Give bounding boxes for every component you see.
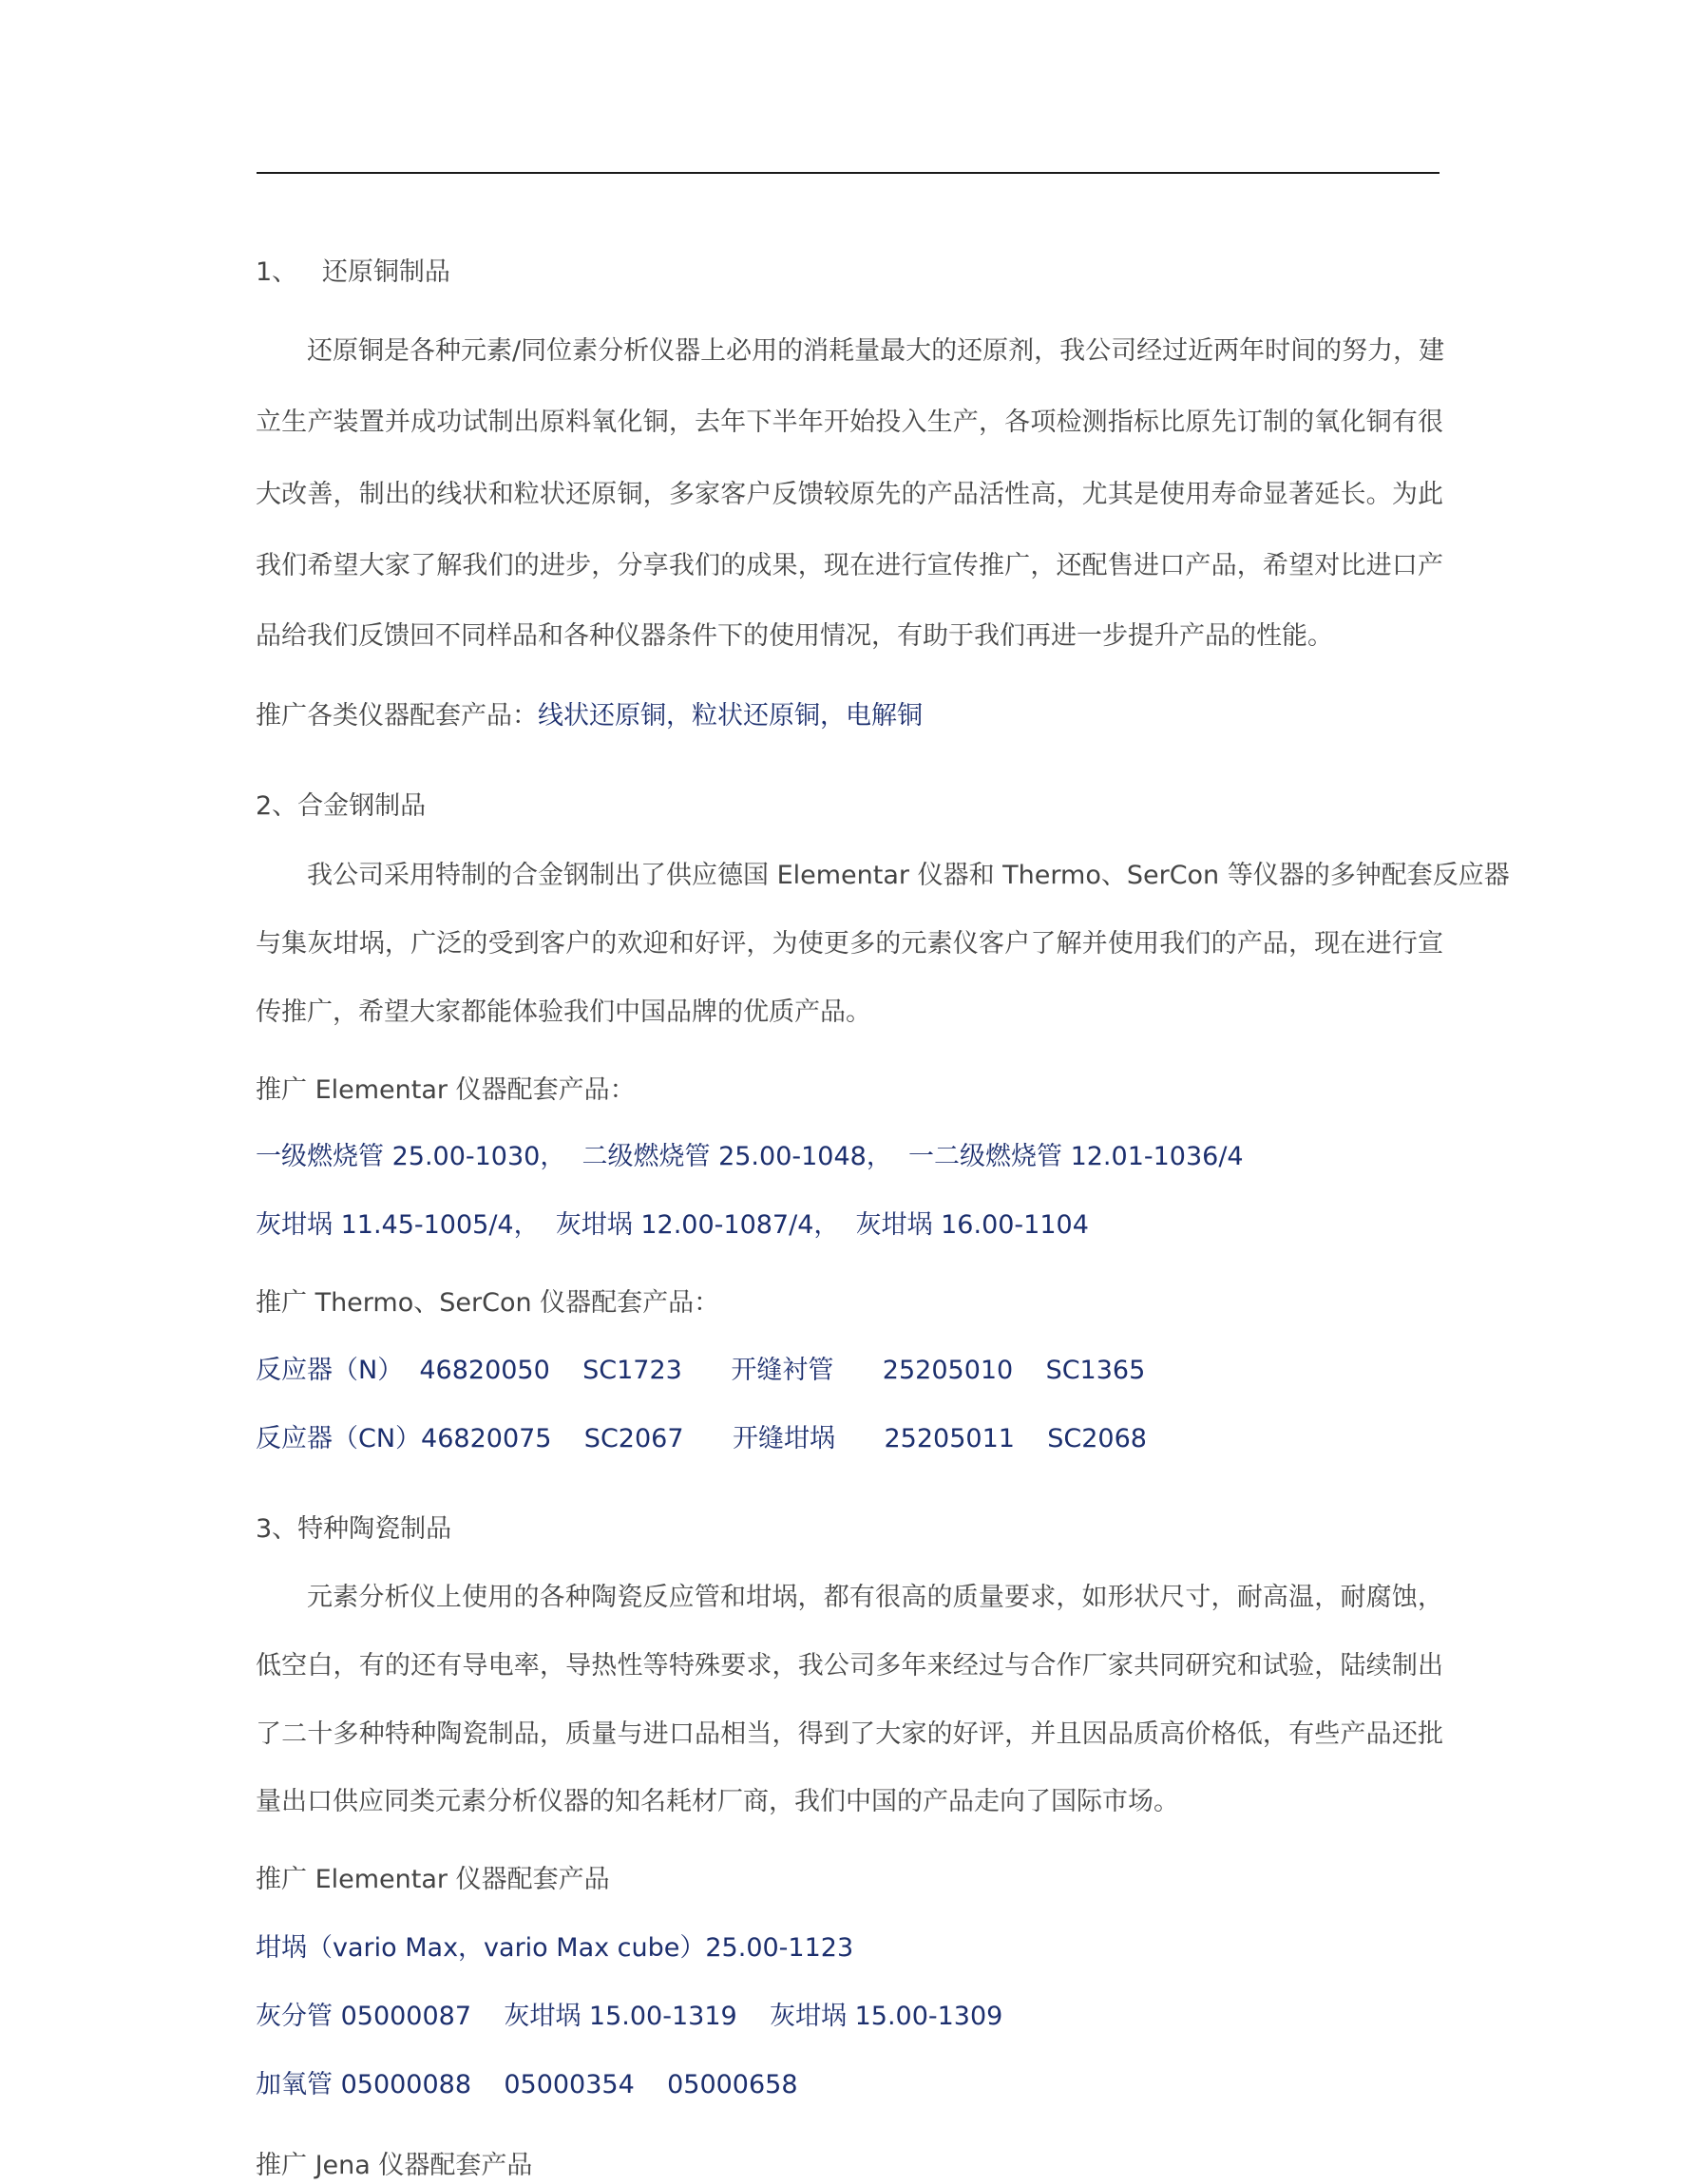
section2-paragraph-line: 我公司采用特制的合金钢制出了供应德国 Elementar 仪器和 Thermo、… (256, 857, 1443, 895)
section2-elementar-label: 推广 Elementar 仪器配套产品： (256, 1072, 1443, 1110)
section1-paragraph-line: 还原铜是各种元素/同位素分析仪器上必用的消耗量最大的还原剂，我公司经过近两年时间… (256, 332, 1443, 370)
promo-products: 线状还原铜，粒状还原铜，电解铜 (538, 701, 923, 731)
section3-paragraph-line: 了二十多种特种陶瓷制品，质量与进口品相当，得到了大家的好评，并且因品质高价格低，… (256, 1716, 1443, 1754)
section2-paragraph-line: 传推广，希望大家都能体验我们中国品牌的优质产品。 (256, 994, 1443, 1032)
section1-heading: 1、 还原铜制品 (256, 254, 1443, 292)
section3-heading: 3、特种陶瓷制品 (256, 1510, 1443, 1548)
section2-paragraph-line: 与集灰坩埚，广泛的受到客户的欢迎和好评，为使更多的元素仪客户了解并使用我们的产品… (256, 925, 1443, 963)
section1-paragraph-line: 品给我们反馈回不同样品和各种仪器条件下的使用情况，有助于我们再进一步提升产品的性… (256, 617, 1443, 655)
section1-paragraph-line: 我们希望大家了解我们的进步，分享我们的成果，现在进行宣传推广，还配售进口产品，希… (256, 547, 1443, 585)
section3-jena-label: 推广 Jena 仪器配套产品 (256, 2147, 1443, 2184)
header-rule (257, 172, 1440, 174)
section2-thermo-product-line: 反应器（CN）46820075 SC2067 开缝坩埚 25205011 SC2… (256, 1420, 1443, 1458)
section3-paragraph-line: 低空白，有的还有导电率，导热性等特殊要求，我公司多年来经过与合作厂家共同研究和试… (256, 1647, 1443, 1685)
section1-paragraph-line: 大改善，制出的线状和粒状还原铜，多家客户反馈较原先的产品活性高，尤其是使用寿命显… (256, 476, 1443, 514)
section3-elementar-label: 推广 Elementar 仪器配套产品 (256, 1861, 1443, 1899)
section3-paragraph-line: 量出口供应同类元素分析仪器的知名耗材厂商，我们中国的产品走向了国际市场。 (256, 1783, 1443, 1821)
section2-elementar-product-line: 灰坩埚 11.45-1005/4， 灰坩埚 12.00-1087/4， 灰坩埚 … (256, 1206, 1443, 1244)
section3-elementar-product-line: 灰分管 05000087 灰坩埚 15.00-1319 灰坩埚 15.00-13… (256, 1998, 1443, 2036)
section2-thermo-product-line: 反应器（N） 46820050 SC1723 开缝衬管 25205010 SC1… (256, 1352, 1443, 1390)
section2-heading: 2、合金钢制品 (256, 788, 1443, 826)
section1-promo: 推广各类仪器配套产品：线状还原铜，粒状还原铜，电解铜 (256, 697, 1443, 735)
section3-elementar-product-line: 坩埚（vario Max，vario Max cube）25.00-1123 (256, 1929, 1443, 1967)
section3-paragraph-line: 元素分析仪上使用的各种陶瓷反应管和坩埚，都有很高的质量要求，如形状尺寸，耐高温，… (256, 1579, 1443, 1617)
section1-paragraph-line: 立生产装置并成功试制出原料氧化铜，去年下半年开始投入生产，各项检测指标比原先订制… (256, 404, 1443, 442)
section2-elementar-product-line: 一级燃烧管 25.00-1030， 二级燃烧管 25.00-1048， 一二级燃… (256, 1138, 1443, 1176)
section3-elementar-product-line: 加氧管 05000088 05000354 05000658 (256, 2066, 1443, 2104)
section2-thermo-label: 推广 Thermo、SerCon 仪器配套产品： (256, 1284, 1443, 1322)
promo-label: 推广各类仪器配套产品： (256, 701, 538, 731)
